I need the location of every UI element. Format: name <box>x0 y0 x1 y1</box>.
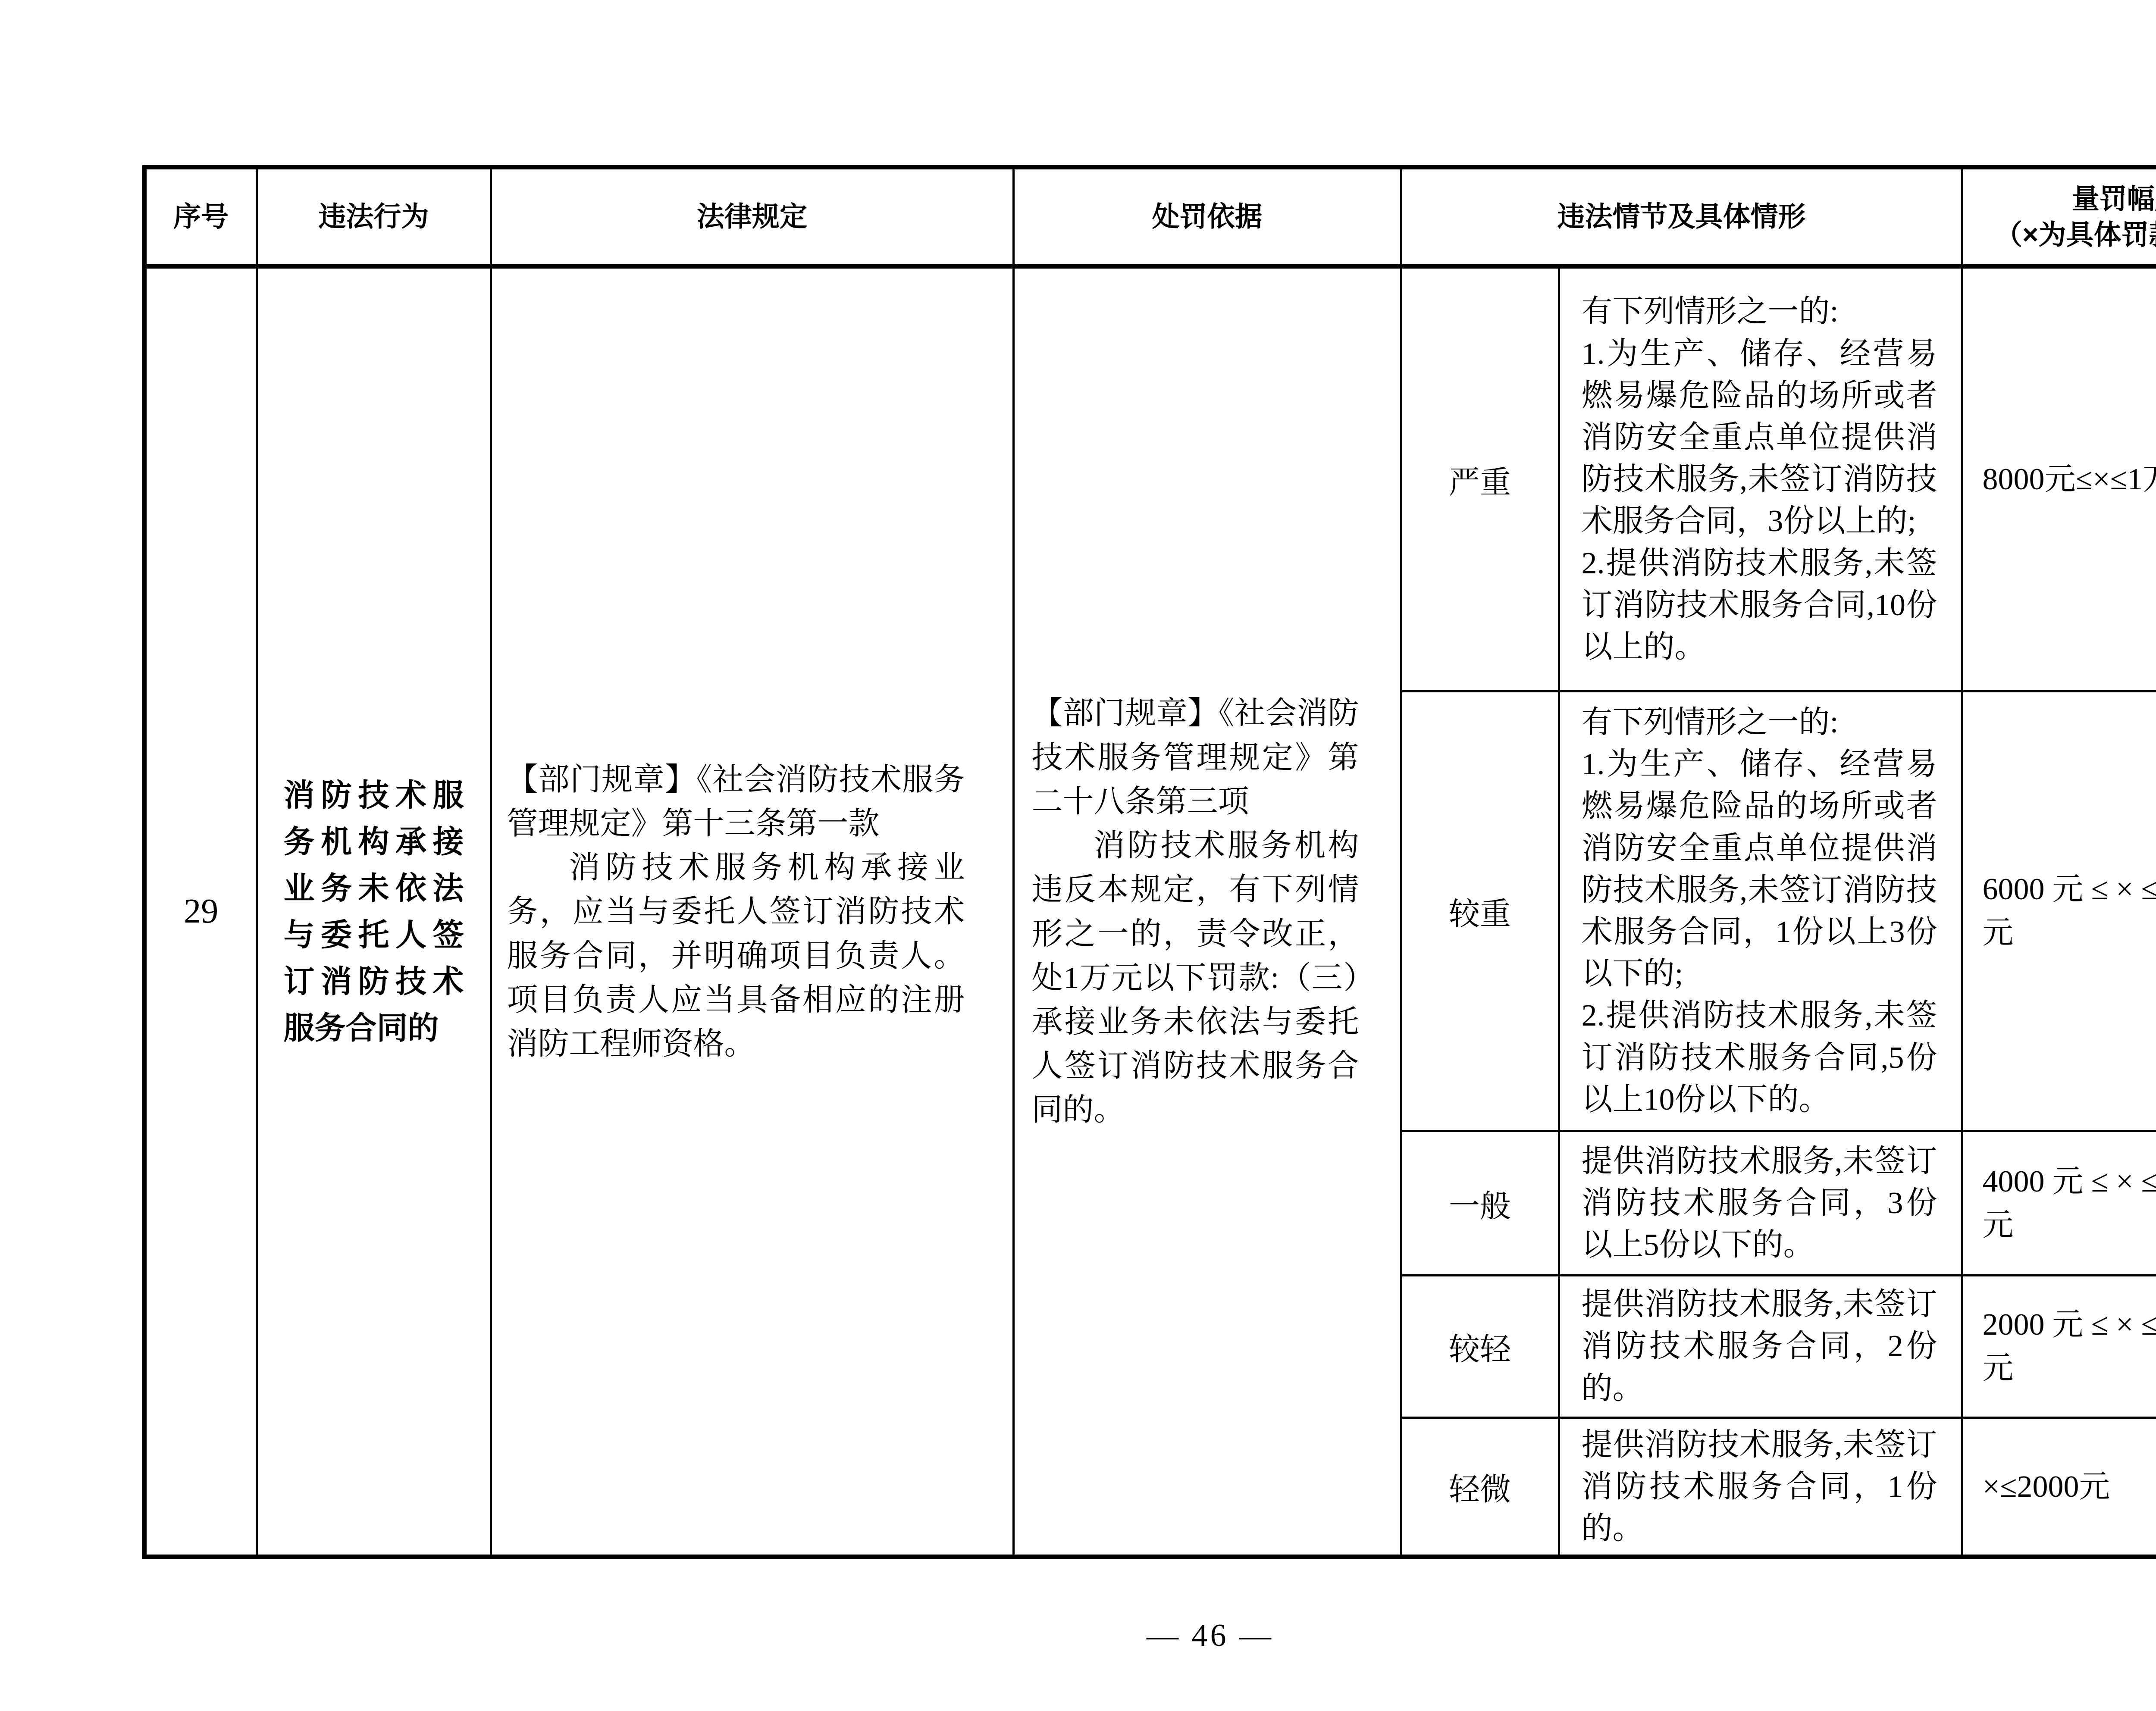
illegal-act-cell: 消防技术服务机构承接业务未依法与委托人签订消防技术服务合同的 <box>257 266 491 1557</box>
header-serial-number: 序号 <box>144 167 257 266</box>
circumstance-heavier: 有下列情形之一的: 1.为生产、储存、经营易燃易爆危险品的场所或者消防安全重点单… <box>1559 691 1962 1131</box>
severity-row-severe: 29 消防技术服务机构承接业务未依法与委托人签订消防技术服务合同的 【部门规章】… <box>144 266 2156 691</box>
header-circumstances: 违法情节及具体情形 <box>1401 167 1962 266</box>
circumstance-general: 提供消防技术服务,未签订消防技术服务合同，3份以上5份以下的。 <box>1559 1131 1962 1275</box>
penalty-range-general: 4000 元 ≤ × ≤ 6000 元 <box>1962 1131 2156 1275</box>
page-number: — 46 — <box>0 1617 2156 1654</box>
penalty-discretion-table: 序号 违法行为 法律规定 处罚依据 违法情节及具体情形 量罚幅度 （×为具体罚款… <box>142 165 2156 1559</box>
circumstance-severe: 有下列情形之一的: 1.为生产、储存、经营易燃易爆危险品的场所或者消防安全重点单… <box>1559 266 1962 691</box>
penalty-basis-title: 【部门规章】《社会消防技术服务管理规定》第二十八条第三项 <box>1032 691 1359 823</box>
penalty-range-lighter: 2000 元 ≤ × ≤ 4000 元 <box>1962 1275 2156 1417</box>
header-penalty-range-line1: 量罚幅度 <box>1968 181 2156 217</box>
circumstance-minor: 提供消防技术服务,未签订消防技术服务合同，1份的。 <box>1559 1417 1962 1557</box>
penalty-basis-cell: 【部门规章】《社会消防技术服务管理规定》第二十八条第三项 消防技术服务机构违反本… <box>1013 266 1401 1557</box>
header-penalty-range: 量罚幅度 （×为具体罚款金额） <box>1962 167 2156 266</box>
table-header-row: 序号 违法行为 法律规定 处罚依据 违法情节及具体情形 量罚幅度 （×为具体罚款… <box>144 167 2156 266</box>
header-legal-provision: 法律规定 <box>491 167 1013 266</box>
legal-provision-cell: 【部门规章】《社会消防技术服务管理规定》第十三条第一款 消防技术服务机构承接业务… <box>491 266 1013 1557</box>
header-penalty-range-line2: （×为具体罚款金额） <box>1968 217 2156 253</box>
legal-provision-title: 【部门规章】《社会消防技术服务管理规定》第十三条第一款 <box>507 757 965 845</box>
document-page: 序号 违法行为 法律规定 处罚依据 违法情节及具体情形 量罚幅度 （×为具体罚款… <box>0 0 2156 1711</box>
header-penalty-basis: 处罚依据 <box>1013 167 1401 266</box>
penalty-range-heavier: 6000 元 ≤ × ≤ 8000 元 <box>1962 691 2156 1131</box>
penalty-range-minor: ×≤2000元 <box>1962 1417 2156 1557</box>
severity-level-general: 一般 <box>1401 1131 1559 1275</box>
severity-level-severe: 严重 <box>1401 266 1559 691</box>
circumstance-lighter: 提供消防技术服务,未签订消防技术服务合同，2份的。 <box>1559 1275 1962 1417</box>
legal-provision-body: 消防技术服务机构承接业务，应当与委托人签订消防技术服务合同，并明确项目负责人。项… <box>507 845 965 1066</box>
penalty-range-severe: 8000元≤×≤1万元 <box>1962 266 2156 691</box>
severity-level-lighter: 较轻 <box>1401 1275 1559 1417</box>
penalty-basis-body: 消防技术服务机构违反本规定，有下列情形之一的，责令改正，处1万元以下罚款:（三）… <box>1032 823 1359 1132</box>
severity-level-minor: 轻微 <box>1401 1417 1559 1557</box>
header-illegal-act: 违法行为 <box>257 167 491 266</box>
serial-number-cell: 29 <box>144 266 257 1557</box>
severity-level-heavier: 较重 <box>1401 691 1559 1131</box>
